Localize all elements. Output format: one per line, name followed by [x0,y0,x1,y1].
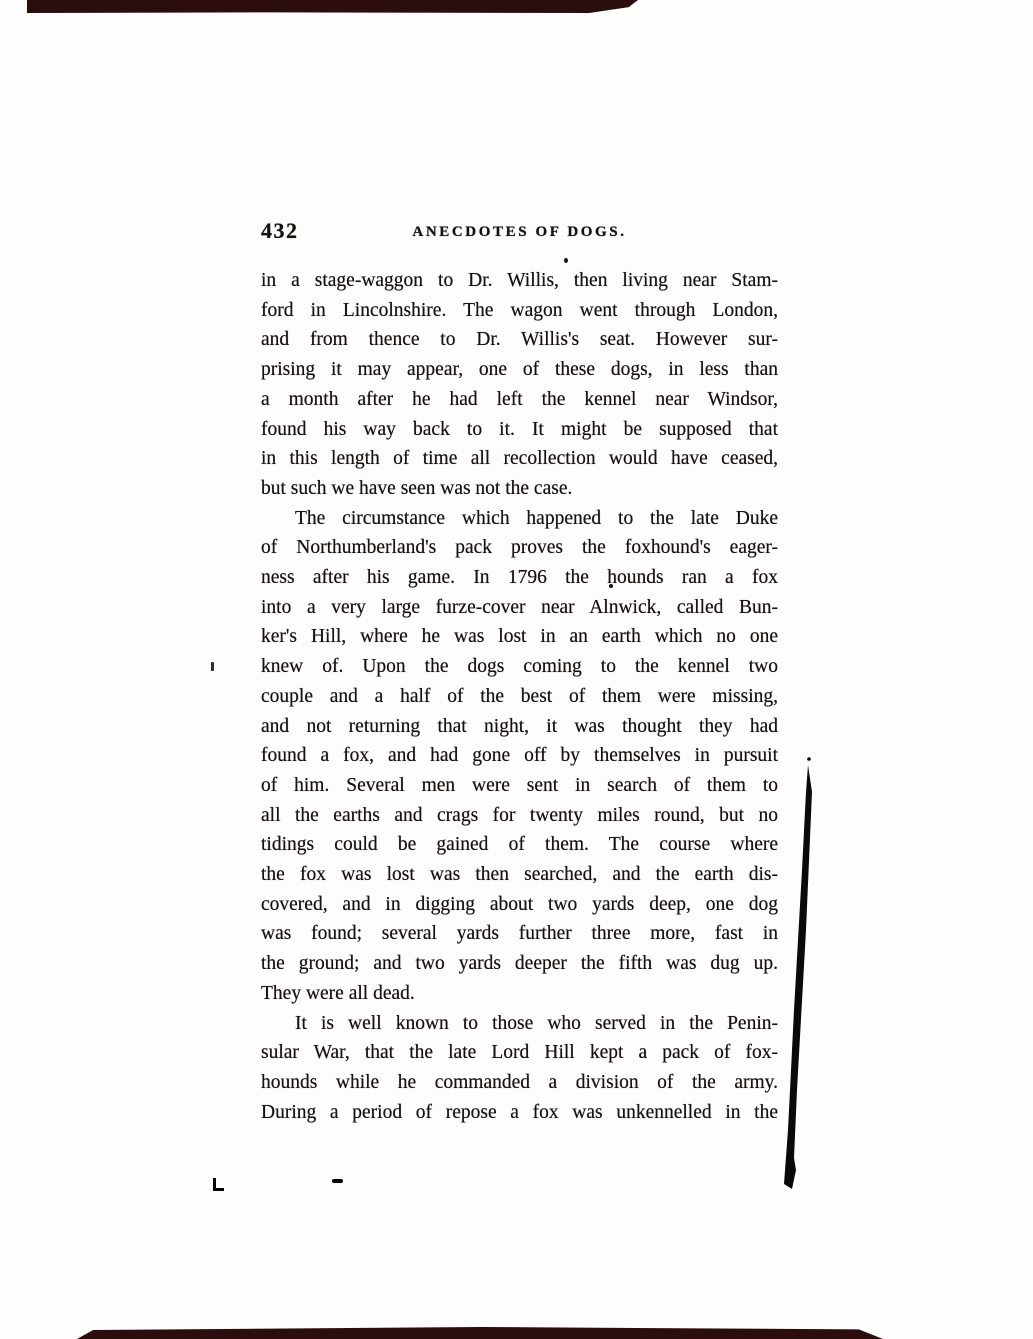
text-line: into a very large furze-cover near Alnwi… [261,593,778,623]
ink-speck [564,258,568,263]
running-title: ANECDOTES OF DOGS. [261,224,778,241]
text-line: and from thence to Dr. Willis's seat. Ho… [261,325,778,355]
text-line: found a fox, and had gone off by themsel… [261,741,778,771]
text-line: and not returning that night, it was tho… [261,712,778,742]
text-line: The circumstance which happened to the l… [261,504,778,534]
text-line: all the earths and crags for twenty mile… [261,801,778,831]
text-line: was found; several yards further three m… [261,919,778,949]
text-line: covered, and in digging about two yards … [261,890,778,920]
text-line: tidings could be gained of them. The cou… [261,830,778,860]
scanned-book-page: 432 ANECDOTES OF DOGS. in a stage-waggon… [0,0,1033,1339]
text-line: knew of. Upon the dogs coming to the ken… [261,652,778,682]
paragraph: in a stage-waggon to Dr. Willis, then li… [261,266,778,504]
text-line: a month after he had left the kennel nea… [261,385,778,415]
text-line: but such we have seen was not the case. [261,474,778,504]
margin-tick-mark [211,662,214,671]
text-line: During a period of repose a fox was unke… [261,1098,778,1128]
body-text: in a stage-waggon to Dr. Willis, then li… [261,266,778,1127]
scan-edge-top-artifact [27,0,638,13]
text-line: the ground; and two yards deeper the fif… [261,949,778,979]
scan-edge-bottom-artifact [77,1327,883,1339]
text-line: sular War, that the late Lord Hill kept … [261,1038,778,1068]
text-line: the fox was lost was then searched, and … [261,860,778,890]
dash-ink-mark [332,1179,343,1183]
paragraph: It is well known to those who served in … [261,1009,778,1128]
text-line: in this length of time all recollection … [261,444,778,474]
paragraph: The circumstance which happened to the l… [261,504,778,1009]
text-line: They were all dead. [261,979,778,1009]
text-line: of him. Several men were sent in search … [261,771,778,801]
text-line: of Northumberland's pack proves the foxh… [261,533,778,563]
text-line: ford in Lincolnshire. The wagon went thr… [261,296,778,326]
text-line: ker's Hill, where he was lost in an eart… [261,622,778,652]
corner-ink-mark [213,1178,224,1191]
text-line: in a stage-waggon to Dr. Willis, then li… [261,266,778,296]
text-line: found his way back to it. It might be su… [261,415,778,445]
text-line: It is well known to those who served in … [261,1009,778,1039]
text-line: prising it may appear, one of these dogs… [261,355,778,385]
text-line: hounds while he commanded a division of … [261,1068,778,1098]
text-line: ness after his game. In 1796 the hounds … [261,563,778,593]
text-line: couple and a half of the best of them we… [261,682,778,712]
ink-speck [609,584,613,588]
